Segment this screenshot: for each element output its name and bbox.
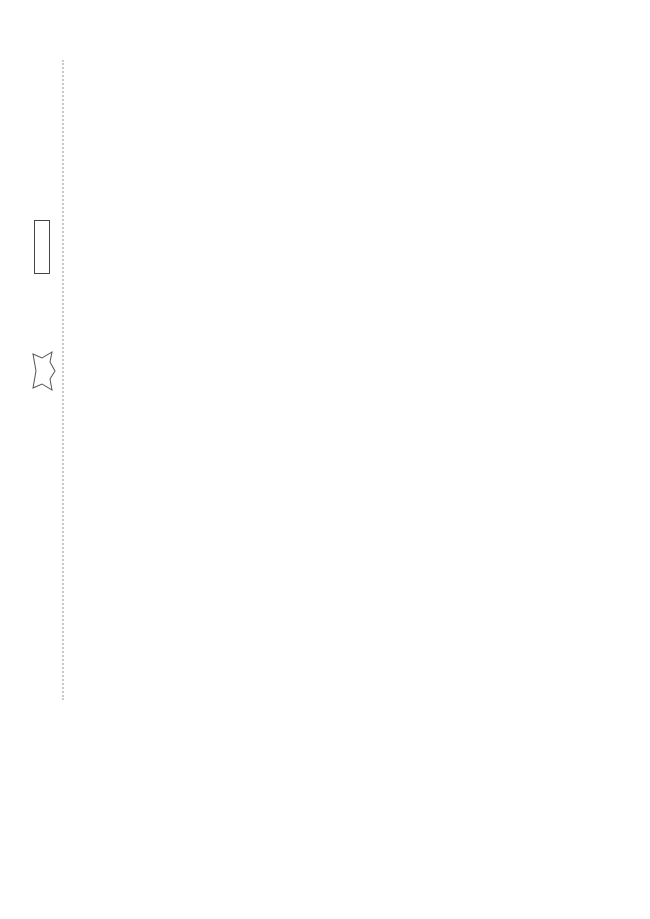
document-page bbox=[0, 0, 650, 919]
exchange-seal-stamp bbox=[34, 220, 50, 274]
binding-line bbox=[62, 60, 64, 700]
seal-star-icon bbox=[30, 350, 56, 392]
